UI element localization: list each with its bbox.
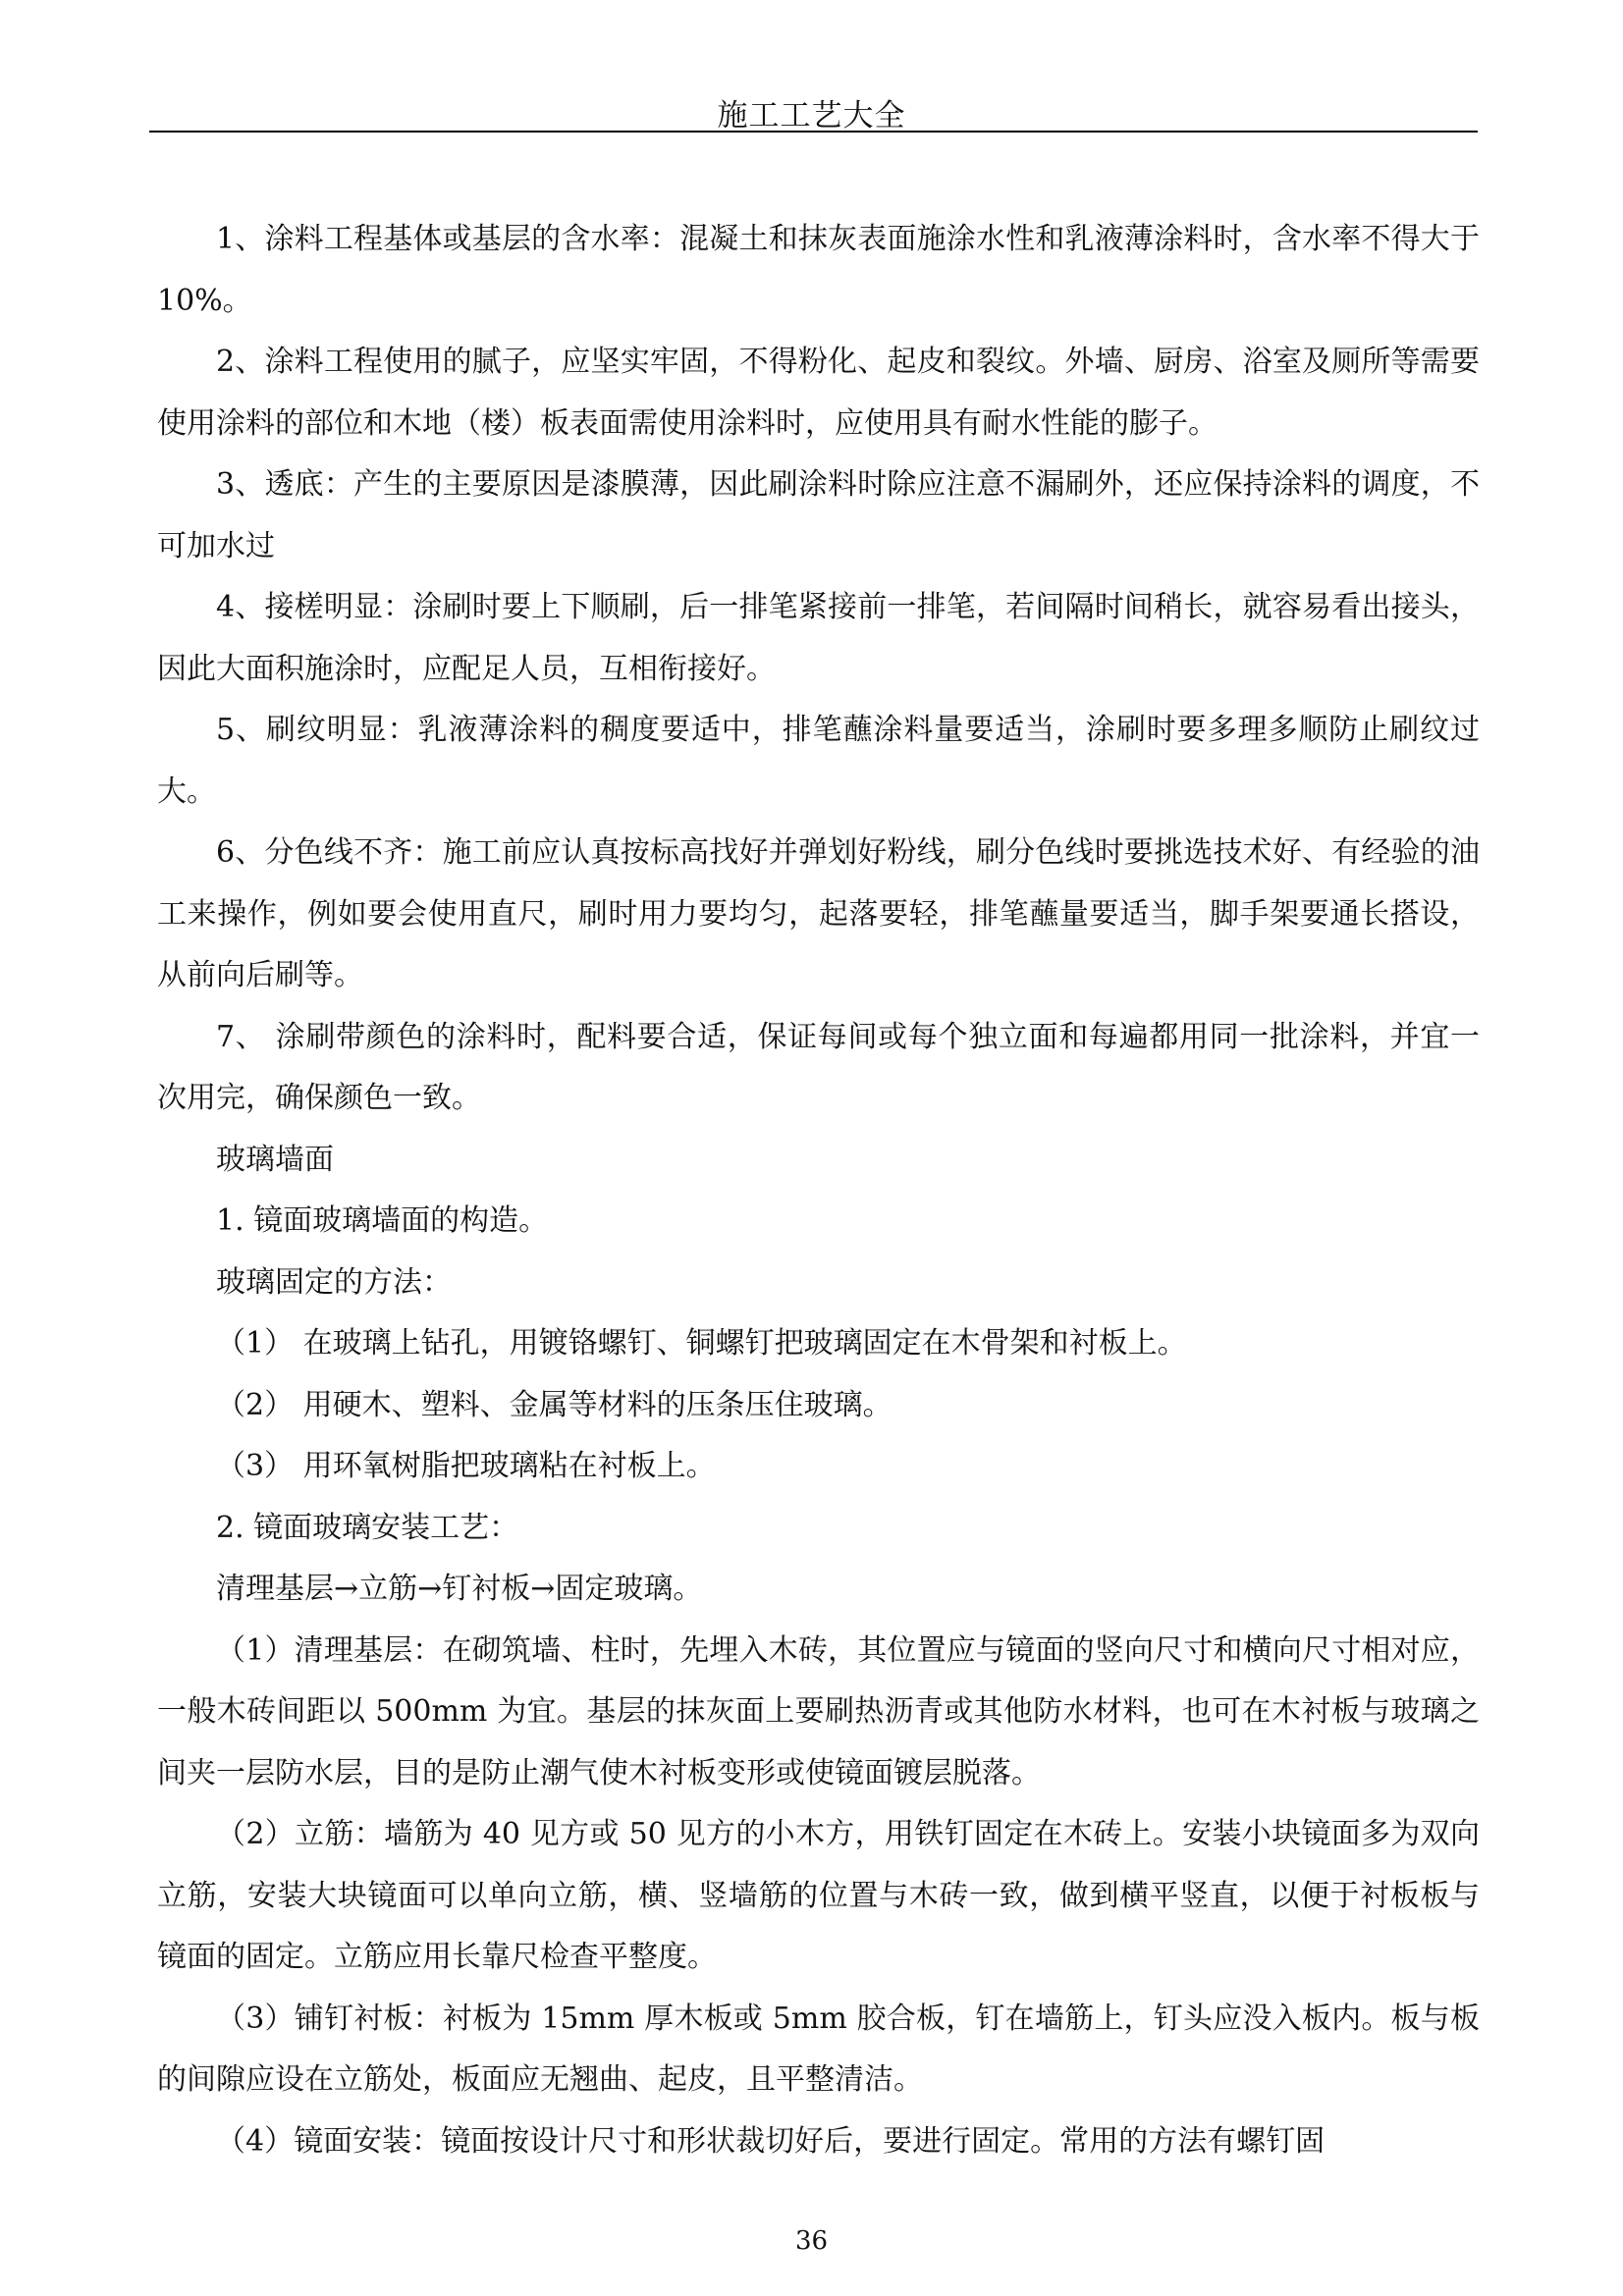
paragraph-color-line: 6、分色线不齐：施工前应认真按标高找好并弹划好粉线，刷分色线时要挑选技术好、有经… bbox=[157, 823, 1480, 1007]
paragraph-step-backing-board: （3）铺钉衬板：衬板为 15mm 厚木板或 5mm 胶合板，钉在墙筋上，钉头应没… bbox=[157, 1989, 1480, 2111]
subheading-fixing-methods: 玻璃固定的方法： bbox=[157, 1253, 1480, 1314]
page-number: 36 bbox=[0, 2226, 1623, 2256]
paragraph-step-clean-base: （1）清理基层：在砌筑墙、柱时，先埋入木砖，其位置应与镜面的竖向尺寸和横向尺寸相… bbox=[157, 1621, 1480, 1805]
document-body: 1、涂料工程基体或基层的含水率：混凝土和抹灰表面施涂水性和乳液薄涂料时，含水率不… bbox=[157, 209, 1480, 2172]
subheading-installation-process: 2. 镜面玻璃安装工艺： bbox=[157, 1498, 1480, 1560]
paragraph-step-studs: （2）立筋：墙筋为 40 见方或 50 见方的小木方，用铁钉固定在木砖上。安装小… bbox=[157, 1804, 1480, 1989]
paragraph-show-through: 3、透底：产生的主要原因是漆膜薄，因此刷涂料时除应注意不漏刷外，还应保持涂料的调… bbox=[157, 454, 1480, 577]
process-flow: 清理基层→立筋→钉衬板→固定玻璃。 bbox=[157, 1559, 1480, 1621]
paragraph-brush-marks: 5、刷纹明显：乳液薄涂料的稠度要适中，排笔蘸涂料量要适当，涂刷时要多理多顺防止刷… bbox=[157, 700, 1480, 823]
subheading-mirror-structure: 1. 镜面玻璃墙面的构造。 bbox=[157, 1191, 1480, 1253]
paragraph-colored-paint: 7、 涂刷带颜色的涂料时，配料要合适，保证每间或每个独立面和每遍都用同一批涂料，… bbox=[157, 1007, 1480, 1130]
paragraph-visible-joints: 4、接槎明显：涂刷时要上下顺刷，后一排笔紧接前一排笔，若间隔时间稍长，就容易看出… bbox=[157, 577, 1480, 700]
running-header-title: 施工工艺大全 bbox=[0, 90, 1623, 134]
paragraph-step-mirror-install: （4）镜面安装：镜面按设计尺寸和形状裁切好后，要进行固定。常用的方法有螺钉固 bbox=[157, 2111, 1480, 2173]
section-heading-glass-wall: 玻璃墙面 bbox=[157, 1130, 1480, 1192]
list-item-fixing-3: （3） 用环氧树脂把玻璃粘在衬板上。 bbox=[157, 1436, 1480, 1498]
paragraph-moisture-content: 1、涂料工程基体或基层的含水率：混凝土和抹灰表面施涂水性和乳液薄涂料时，含水率不… bbox=[157, 209, 1480, 332]
list-item-fixing-2: （2） 用硬木、塑料、金属等材料的压条压住玻璃。 bbox=[157, 1375, 1480, 1437]
list-item-fixing-1: （1） 在玻璃上钻孔，用镀铬螺钉、铜螺钉把玻璃固定在木骨架和衬板上。 bbox=[157, 1313, 1480, 1375]
paragraph-putty: 2、涂料工程使用的腻子，应坚实牢固，不得粉化、起皮和裂纹。外墙、厨房、浴室及厕所… bbox=[157, 332, 1480, 454]
header-divider bbox=[149, 131, 1478, 133]
